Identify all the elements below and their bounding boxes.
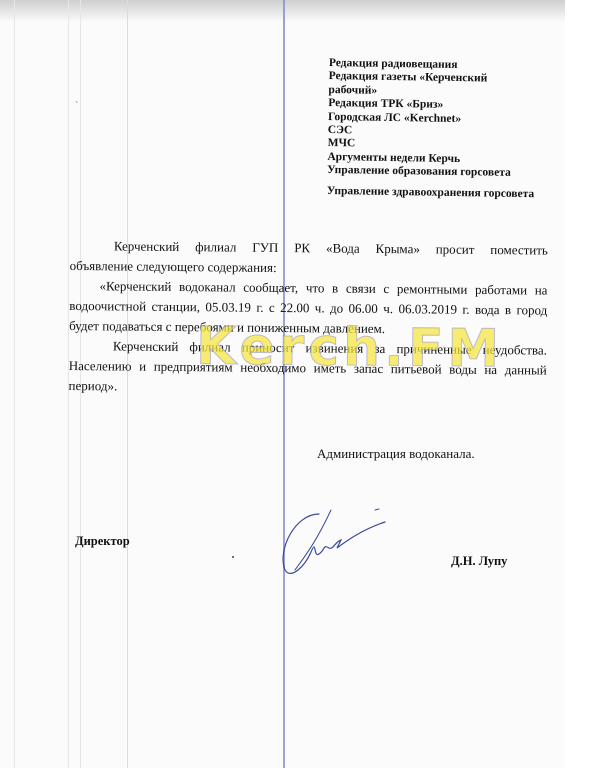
admin-signoff: Администрация водоканала. <box>317 446 475 462</box>
recipient-list: Редакция радиовещания Редакция газеты «К… <box>327 57 569 202</box>
director-label: Директор <box>75 534 130 549</box>
page-margin <box>565 0 595 768</box>
apology-paragraph: Керченский филиал приносит извинения за … <box>68 336 547 401</box>
handwritten-signature-icon <box>275 500 395 580</box>
scan-artifact-line <box>14 0 15 768</box>
director-name: Д.Н. Лупу <box>451 554 507 569</box>
recipient-item: Управление здравоохранения горсовета <box>327 185 567 202</box>
letter-body: Керченский филиал ГУП РК «Вода Крыма» пр… <box>68 236 548 401</box>
scanned-page: ` Редакция радиовещания Редакция газеты … <box>0 0 565 768</box>
stray-mark: ` <box>75 101 78 112</box>
announcement-paragraph: «Керченский водоканал сообщает, что в св… <box>69 276 548 341</box>
stray-dot <box>232 556 234 558</box>
recipient-item: Управление образования горсовета <box>327 164 567 181</box>
